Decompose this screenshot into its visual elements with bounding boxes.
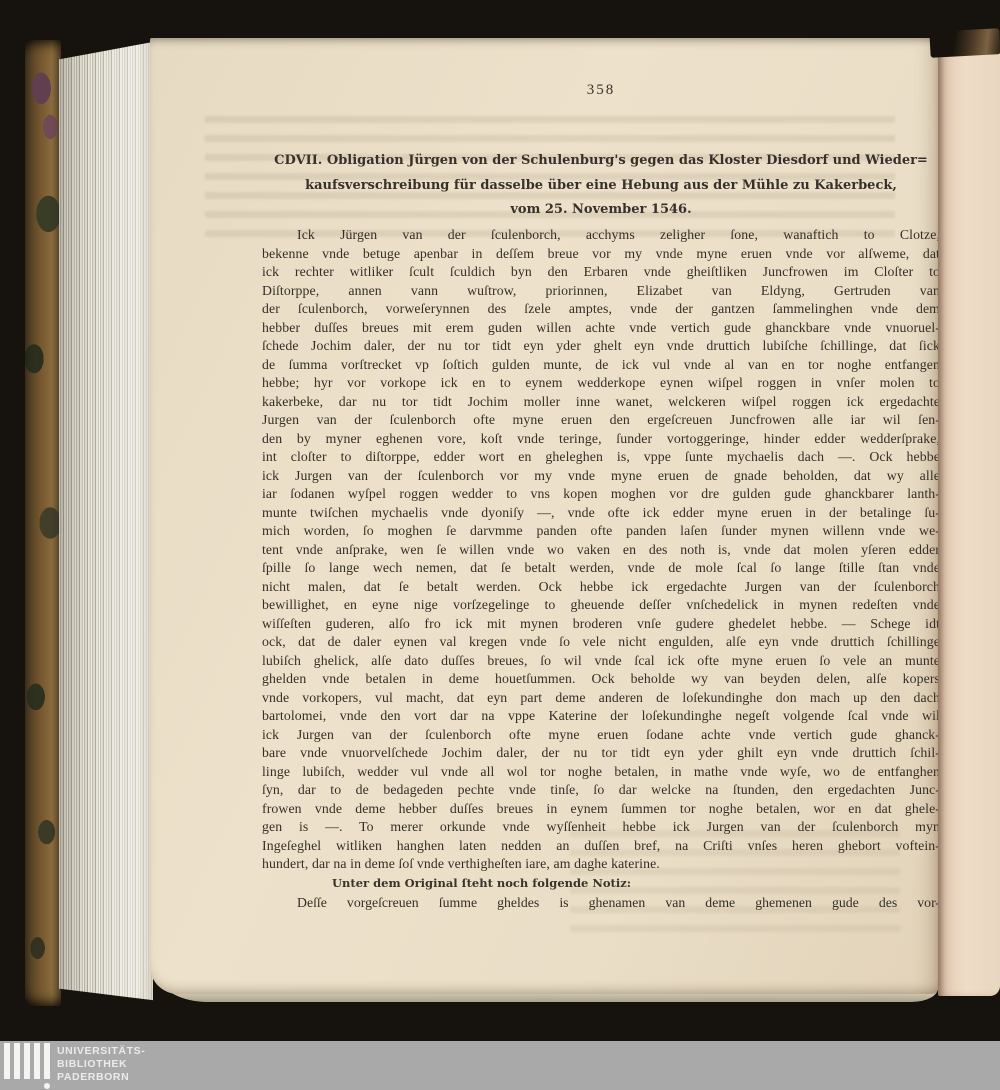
book-cover-spine bbox=[25, 40, 61, 1006]
page-number: 358 bbox=[262, 82, 940, 99]
body-text-line: nicht malen, dat ſe betalt werden. Ock h… bbox=[262, 578, 940, 597]
body-text-line: iar ſodanen wyſpel roggen wedder to vns … bbox=[262, 485, 940, 504]
document-heading: CDVII. Obligation Jürgen von der Schulen… bbox=[262, 149, 940, 223]
page-edge-stack bbox=[59, 42, 153, 1004]
heading-line: CDVII. Obligation Jürgen von der Schulen… bbox=[262, 149, 940, 174]
body-text-line: den by myner eghenen vore, koſt vnde ter… bbox=[262, 430, 940, 449]
body-text: Ick Jürgen van der ſculenborch, acchyms … bbox=[262, 226, 940, 874]
logo-bar-icon bbox=[4, 1043, 10, 1079]
body-text-line: ick Jurgen van der ſculenborch ofte myne… bbox=[262, 726, 940, 745]
body-text-line: bewillighet, en eyne nige vorſzegelinge … bbox=[262, 596, 940, 615]
body-text-line: bartolomei, vnde den vort dar na vppe Ka… bbox=[262, 707, 940, 726]
watermark-line: PADERBORN bbox=[57, 1071, 145, 1084]
body-text-line: der ſculenborch, vorweſerynnen des ſzele… bbox=[262, 300, 940, 319]
facing-page-sliver bbox=[938, 44, 1000, 996]
postscript-line: Deſſe vorgeſcreuen ſumme gheldes is ghen… bbox=[262, 894, 940, 913]
body-text-line: Ick Jürgen van der ſculenborch, acchyms … bbox=[262, 226, 940, 245]
body-text-line: bare vnde vnuorvelſchede Jochim daler, d… bbox=[262, 744, 940, 763]
heading-line: vom 25. November 1546. bbox=[262, 198, 940, 223]
body-text-line: munte twiſchen mychaelis vnde dyoniſy —,… bbox=[262, 504, 940, 523]
body-text-line: kakerbeke, dar nu tor tidt Jochim moller… bbox=[262, 393, 940, 412]
library-watermark-text: UNIVERSITÄTS- BIBLIOTHEK PADERBORN bbox=[57, 1045, 145, 1084]
body-text-line: ick rechter witliker ſcult ſculdich byn … bbox=[262, 263, 940, 282]
body-text-line: int cloſter to diſtorppe, edder wort en … bbox=[262, 448, 940, 467]
body-text-line: Diſtorppe, annen vann wuſtrow, priorinne… bbox=[262, 282, 940, 301]
logo-bar-icon bbox=[24, 1043, 30, 1079]
body-text-line: hebber duſſes breues mit erem guden will… bbox=[262, 319, 940, 338]
body-text-line: ock, dat de daler eynen val kregen vnde … bbox=[262, 633, 940, 652]
editorial-note: Unter dem Original ſteht noch folgende N… bbox=[262, 874, 940, 892]
body-text-line: linge lubiſch, wedder vul vnde all wol t… bbox=[262, 763, 940, 782]
cover-corner-top-right bbox=[929, 28, 1000, 58]
library-watermark-bar: UNIVERSITÄTS- BIBLIOTHEK PADERBORN bbox=[0, 1041, 1000, 1090]
watermark-line: BIBLIOTHEK bbox=[57, 1058, 145, 1071]
scanned-book-photo: 358 CDVII. Obligation Jürgen von der Sch… bbox=[0, 0, 1000, 1090]
body-text-line: wiſſeſten guderen, alſo fro ick mit myne… bbox=[262, 615, 940, 634]
body-text-line: ſpille ſo lange wech nemen, dat ſe betal… bbox=[262, 559, 940, 578]
body-text-line: hundert, dar na in deme ſoſ vnde verthig… bbox=[262, 855, 940, 874]
body-text-line: ſyn, dar to de bedageden pechte vnde tin… bbox=[262, 781, 940, 800]
heading-line: kaufsverschreibung für dasselbe über ein… bbox=[262, 174, 940, 199]
body-text-line: frowen vnde deme hebber duſſes breues in… bbox=[262, 800, 940, 819]
body-text-line: hebbe; hyr vor vorkope ick en to eynem w… bbox=[262, 374, 940, 393]
body-text-line: lubiſch ghelick, alſe dato duſſes breues… bbox=[262, 652, 940, 671]
body-text-line: ick Jurgen van der ſculenborch vor my vn… bbox=[262, 467, 940, 486]
body-text-line: ſchede Jochim daler, der nu tor tidt eyn… bbox=[262, 337, 940, 356]
body-text-line: gen is —. To merer orkunde vnde wyſſenhe… bbox=[262, 818, 940, 837]
body-text-line: mich worden, ſo moghen ſe darvmme panden… bbox=[262, 522, 940, 541]
body-text-line: bekenne vnde betuge apenbar in deſſem br… bbox=[262, 245, 940, 264]
logo-bar-icon bbox=[44, 1043, 50, 1079]
logo-bar-icon bbox=[14, 1043, 20, 1079]
logo-dot-icon bbox=[44, 1083, 50, 1089]
body-text-line: tent vnde anſprake, wen ſe willen vnde w… bbox=[262, 541, 940, 560]
logo-bar-icon bbox=[34, 1043, 40, 1079]
body-text-line: Jurgen van der ſculenborch ofte myne eru… bbox=[262, 411, 940, 430]
body-text-line: Ingeſeghel witliken hanghen laten nedden… bbox=[262, 837, 940, 856]
body-text-line: ghelden vnde betalen in deme houetſummen… bbox=[262, 670, 940, 689]
body-text-line: de ſumma vorſtrecket vp ſoſtich gulden m… bbox=[262, 356, 940, 375]
book-page: 358 CDVII. Obligation Jürgen von der Sch… bbox=[150, 38, 938, 994]
watermark-line: UNIVERSITÄTS- bbox=[57, 1045, 145, 1058]
body-text-line: vnde vorkopers, vul macht, dat eyn part … bbox=[262, 689, 940, 708]
